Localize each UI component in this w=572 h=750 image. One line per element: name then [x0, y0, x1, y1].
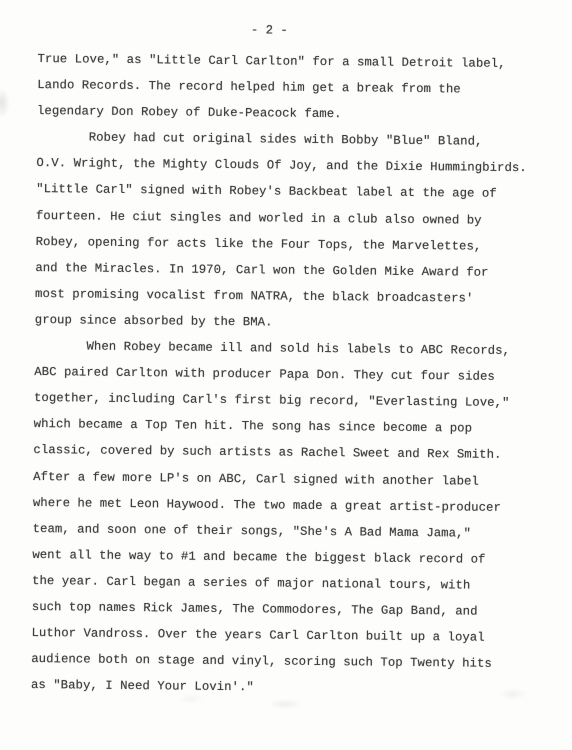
scan-smudge	[0, 88, 10, 118]
document-body: True Love," as "Little Carl Carlton" for…	[31, 46, 562, 704]
page-content: - 2 - True Love," as "Little Carl Carlto…	[31, 15, 562, 704]
page-number: - 2 -	[38, 15, 562, 46]
text-line: as "Baby, I Need Your Lovin'."	[31, 672, 555, 704]
scanned-typewritten-page: - 2 - True Love," as "Little Carl Carlto…	[0, 0, 572, 750]
